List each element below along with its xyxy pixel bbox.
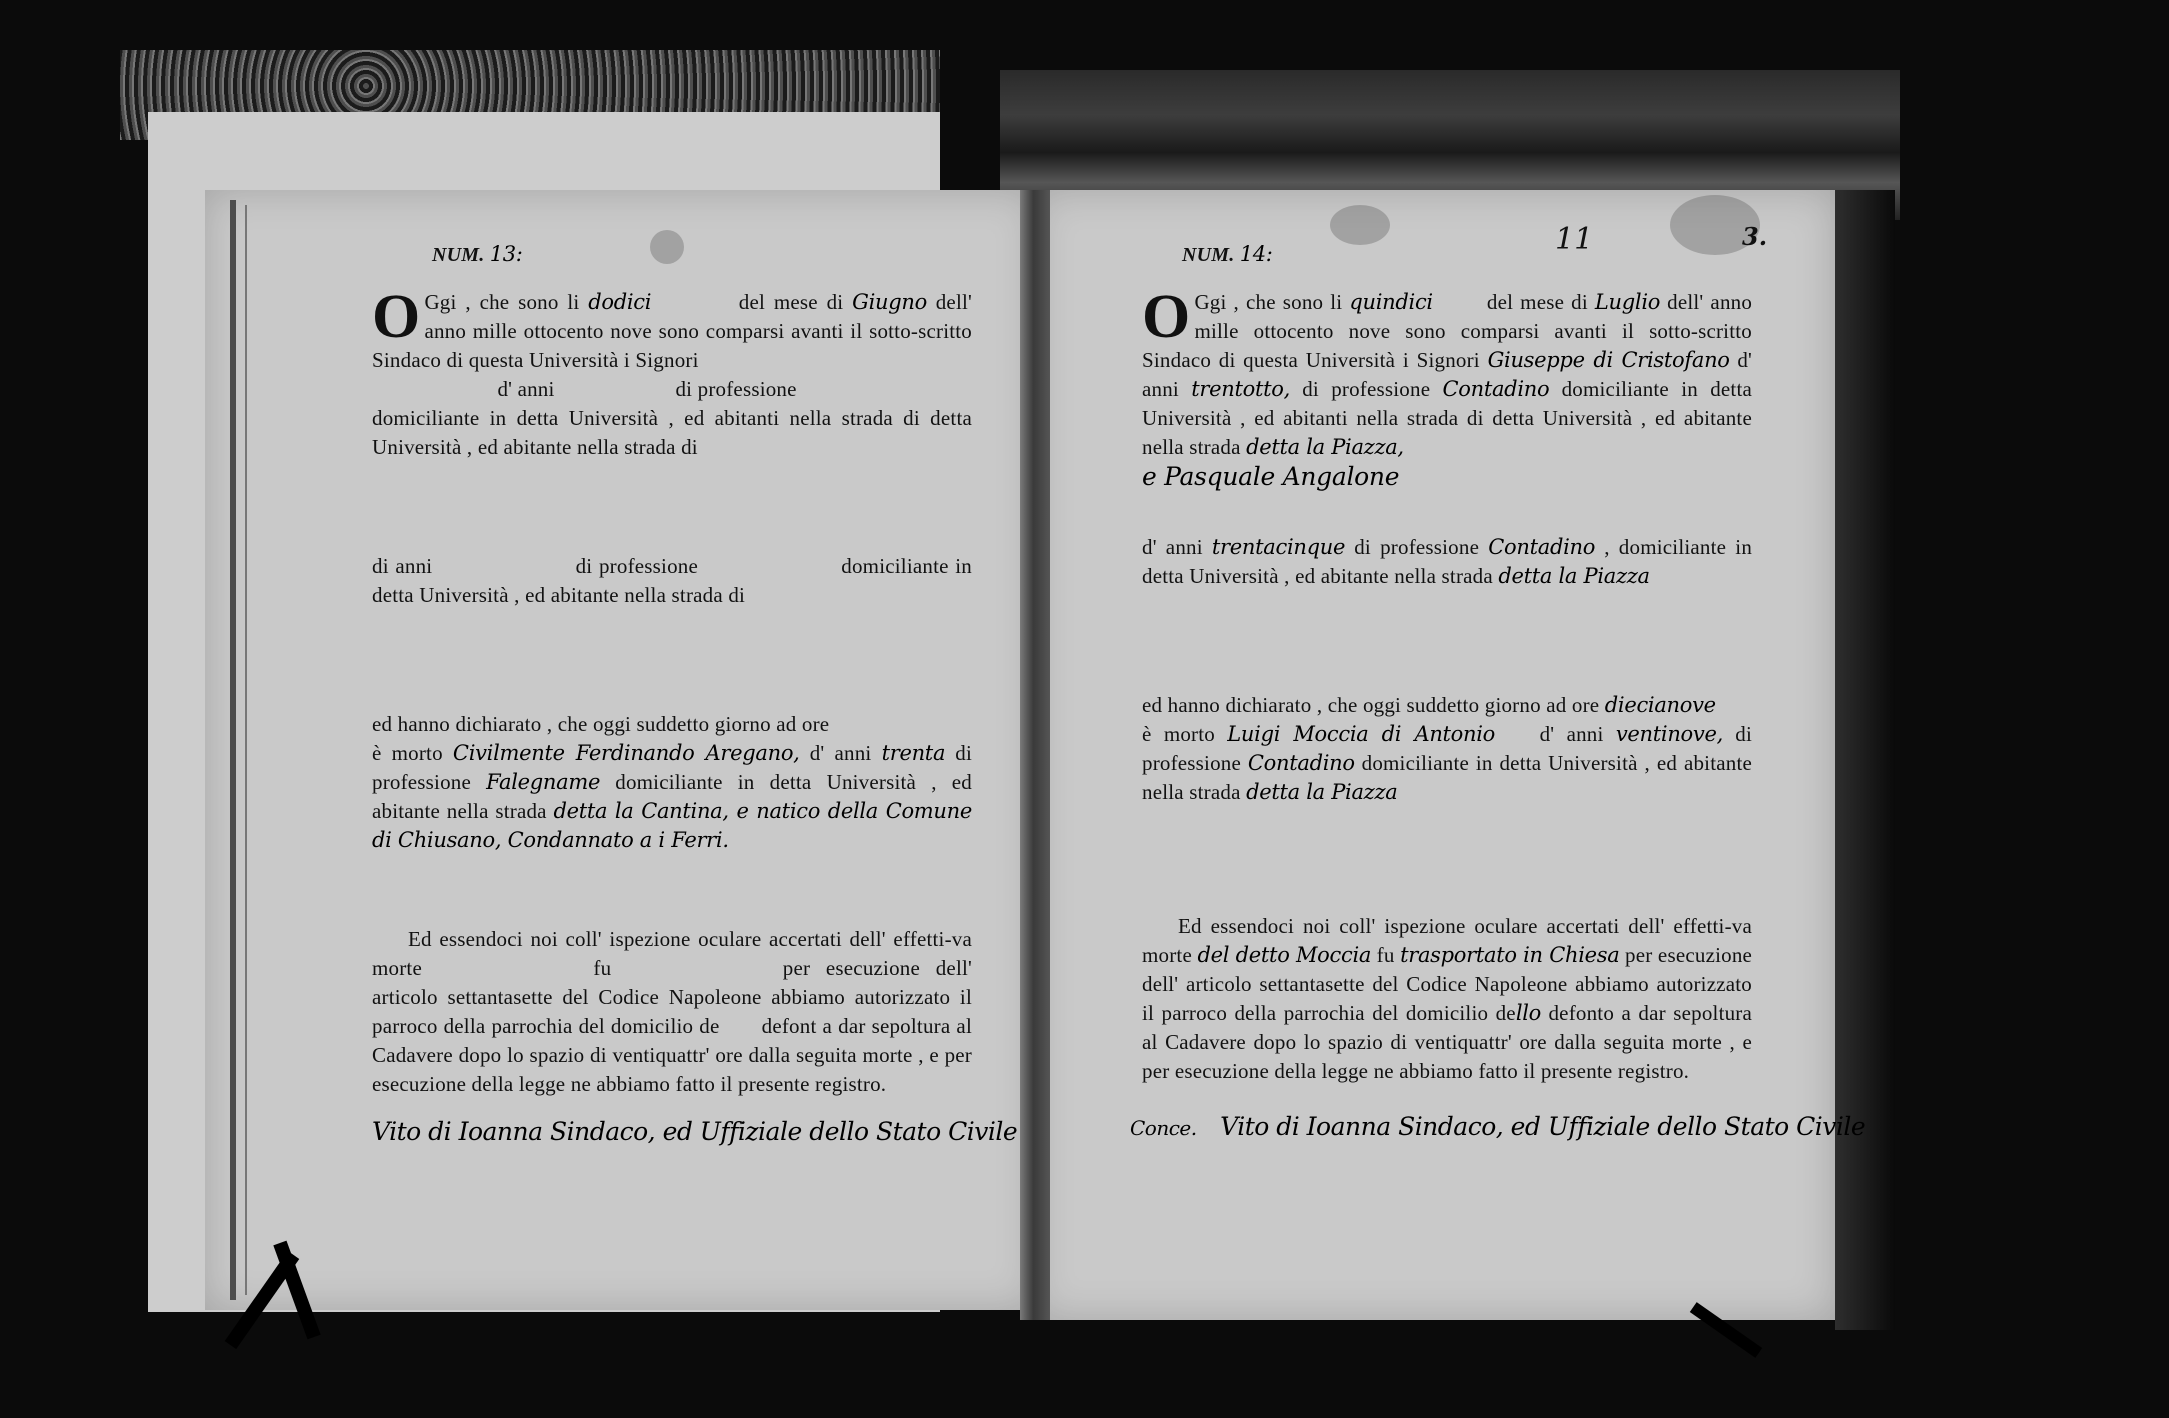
record-number: NUM. 13: — [432, 240, 972, 270]
text: di professione — [675, 377, 796, 401]
handwritten-day: quindici — [1349, 290, 1432, 314]
handwritten-street-2: detta la Piazza — [1498, 564, 1649, 588]
number-label: NUM. — [432, 244, 484, 266]
record-number: NUM. 14: — [1182, 240, 1752, 270]
handwritten-day: dodici — [588, 290, 651, 314]
signature-prefix: Conce. — [1130, 1116, 1197, 1140]
text: di professione — [576, 554, 698, 578]
paragraph-death-declaration: ed hanno dichiarato , che oggi suddetto … — [1142, 691, 1752, 807]
text: di professione — [1354, 535, 1479, 559]
signature-text: Vito di Ioanna Sindaco, ed Uffiziale del… — [1220, 1112, 1865, 1141]
paragraph-burial-authorization: Ed essendoci noi coll' ispezione oculare… — [372, 925, 972, 1099]
paragraph-declarants: O Ggi , che sono li quindici del mese di… — [1142, 288, 1752, 493]
paragraph-second-declarant: di anni di professione domiciliante in d… — [372, 552, 972, 610]
text: è morto — [1142, 722, 1215, 746]
text: del mese di — [739, 290, 844, 314]
text: fu — [593, 956, 611, 980]
number-label: NUM. — [1182, 244, 1234, 266]
text: del mese di — [1487, 290, 1588, 314]
handwritten-profession-2: Contadino — [1488, 535, 1595, 559]
handwritten-age-1: trentotto, — [1191, 377, 1290, 401]
text: fu — [1377, 943, 1395, 967]
left-page-edge — [230, 200, 236, 1300]
handwritten-age: trenta — [882, 741, 946, 765]
handwritten-profession-1: Contadino — [1442, 377, 1549, 401]
text: Ggi , che sono li — [424, 290, 579, 314]
handwritten-street-1: detta la Piazza, — [1246, 435, 1404, 459]
text: è morto — [372, 741, 443, 765]
left-page-text: NUM. 13: O Ggi , che sono li dodici del … — [372, 240, 972, 1146]
handwritten-profession: Falegname — [486, 770, 600, 794]
paragraph-burial-authorization: Ed essendoci noi coll' ispezione oculare… — [1142, 912, 1752, 1086]
handwritten-hour: diecianove — [1605, 693, 1716, 717]
mayor-signature: Conce. Vito di Ioanna Sindaco, ed Uffizi… — [1130, 1112, 1752, 1143]
handwritten-deceased-name: Luigi Moccia di Antonio — [1227, 722, 1495, 746]
handwritten-suffix: llo — [1516, 1001, 1541, 1025]
text: di anni — [372, 554, 432, 578]
right-page-text: NUM. 14: O Ggi , che sono li quindici de… — [1142, 240, 1752, 1143]
handwritten-month: Luglio — [1595, 290, 1660, 314]
handwritten-age-2: trentacinque — [1212, 535, 1345, 559]
paragraph-second-declarant: d' anni trentacinque di professione Cont… — [1142, 533, 1752, 591]
left-page-edge-inner — [245, 205, 247, 1295]
handwritten-witness-1: Giuseppe di Cristofano — [1488, 348, 1730, 372]
drop-cap: O — [1142, 292, 1190, 342]
handwritten-street: detta la Piazza — [1246, 780, 1397, 804]
text: d' anni — [497, 377, 554, 401]
text: Ggi , che sono li — [1194, 290, 1342, 314]
handwritten-deceased-name: Civilmente Ferdinando Aregano, — [453, 741, 800, 765]
text: d' anni — [810, 741, 872, 765]
text: ed hanno dichiarato , che oggi suddetto … — [1142, 693, 1599, 717]
stain — [1330, 205, 1390, 245]
record-number-value: 14: — [1240, 242, 1273, 266]
text: domiciliante in detta Università , ed ab… — [372, 406, 972, 459]
handwritten-age: ventinove, — [1616, 722, 1723, 746]
record-number-value: 13: — [490, 242, 523, 266]
handwritten-witness-2: e Pasquale Angalone — [1142, 462, 1399, 491]
handwritten-month: Giugno — [852, 290, 927, 314]
handwritten-note-deceased: del detto Moccia — [1198, 943, 1372, 967]
text: d' anni — [1540, 722, 1604, 746]
handwritten-note-transport: trasportato in Chiesa — [1400, 943, 1619, 967]
text: d' anni — [1142, 535, 1203, 559]
drop-cap: O — [372, 292, 420, 342]
book-gutter — [1020, 190, 1050, 1320]
paragraph-death-declaration: ed hanno dichiarato , che oggi suddetto … — [372, 710, 972, 855]
handwritten-profession: Contadino — [1248, 751, 1355, 775]
mayor-signature: Vito di Ioanna Sindaco, ed Uffiziale del… — [372, 1117, 972, 1146]
right-page-edge — [1835, 190, 1895, 1330]
text: di professione — [1302, 377, 1430, 401]
paragraph-declarants: O Ggi , che sono li dodici del mese di G… — [372, 288, 972, 462]
text: ed hanno dichiarato , che oggi suddetto … — [372, 712, 829, 736]
